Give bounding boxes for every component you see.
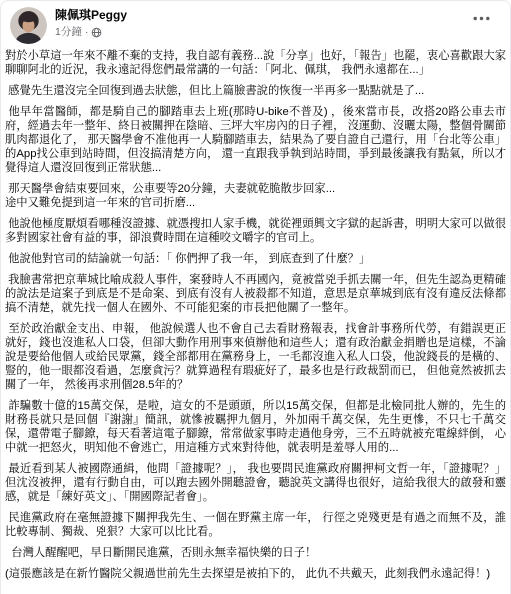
post-paragraph: 台灣人醒醒吧，早日斷開民進黨，否則永無幸福快樂的日子！: [5, 546, 506, 560]
post-paragraph: 最近看到某人被國際通緝，他問「證據呢？」， 我也要問民進黨政府關押柯文哲一年，「…: [5, 462, 506, 504]
post-paragraph: 我臉書常把京華城比喻成殺人事件，案發時人不再國內，竟被當兇手抓去關一年，但先生認…: [5, 273, 506, 315]
post-paragraph: 至於政治獻金支出、申報， 他說候選人也不會自己去看財務報表，找會計事務所代勞，有…: [5, 322, 506, 392]
post-paragraph: 對於小草這一年來不離不棄的支持，我自認有義務...說「分享」也好，「報告」也罷，…: [5, 49, 506, 77]
header-info: 陳佩琪Peggy 1分鐘 ·: [55, 7, 127, 38]
author-name[interactable]: 陳佩琪Peggy: [55, 8, 127, 23]
post-paragraph: 他早年當醫師，都是騎自己的腳踏車去上班(那時U-bike不普及) ，後來當市長，…: [5, 105, 506, 175]
post-body: 對於小草這一年來不離不棄的支持，我自認有義務...說「分享」也好，「報告」也罷，…: [1, 44, 510, 581]
post-header: 陳佩琪Peggy 1分鐘 ·: [1, 1, 510, 44]
post-paragraph: (這張應該是在新竹醫院父親過世前先生去探望是被拍下的， 此仇不共戴天，此刻我們永…: [5, 567, 506, 581]
timestamp[interactable]: 1分鐘: [55, 26, 82, 38]
post-paragraph: 那天醫學會結束要回來，公車要等20分鐘，夫妻就乾脆散步回家... 途中又難免提到…: [5, 182, 506, 210]
more-options-button[interactable]: [468, 7, 494, 29]
post-meta: 1分鐘 ·: [55, 26, 127, 38]
globe-icon: [91, 27, 102, 38]
post-paragraph: 民進黨政府在毫無證據下關押我先生、一個在野黨主席一年， 行徑之兇殘更是有過之而無…: [5, 511, 506, 539]
facebook-post-card: 陳佩琪Peggy 1分鐘 · 對於小草這一年來不離不棄的支: [0, 0, 511, 594]
post-paragraph: 詐騙數十億的15萬交保，是啦，這女的不是頭頭，所以15萬交保，但都是北檢同批人辦…: [5, 399, 506, 455]
ellipsis-icon: [473, 16, 490, 21]
post-paragraph: 感覺先生還沒完全回復到過去狀態，但比上篇臉書說的恢復一半再多一點點就是了...: [5, 84, 506, 98]
post-paragraph: 他說他極度厭煩看哪種沒證據、就憑搜扣人家手機，就從裡頭興文字獄的起訴書，明明大家…: [5, 217, 506, 245]
meta-separator: ·: [85, 26, 89, 38]
avatar-photo: [10, 7, 47, 44]
avatar[interactable]: [10, 7, 47, 44]
post-paragraph: 他說他對官司的結論就一句話：「 你們押了我一年， 到底查到了什麼？」: [5, 252, 506, 266]
